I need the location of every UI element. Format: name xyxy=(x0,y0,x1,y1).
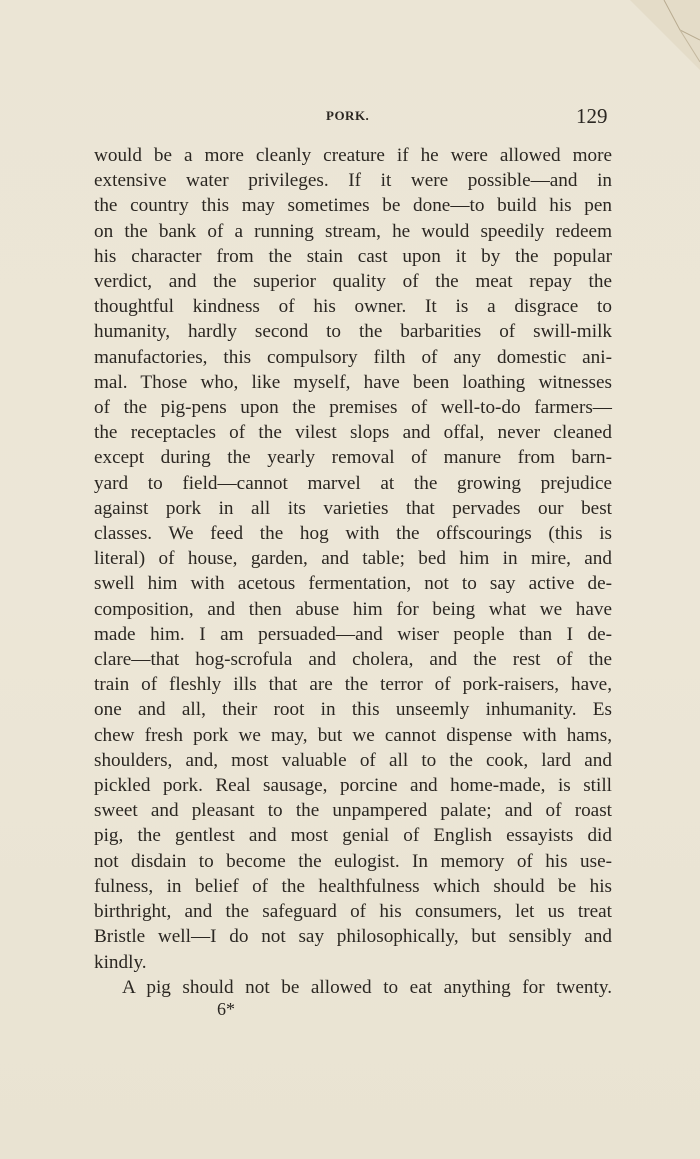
text-line: on the bank of a running stream, he woul… xyxy=(94,219,612,244)
text-line: Bristle well—I do not say philosophicall… xyxy=(94,924,612,949)
paragraph-start-line: A pig should not be allowed to eat anyth… xyxy=(94,975,612,1000)
text-line: pig, the gentlest and most genial of Eng… xyxy=(94,823,612,848)
text-line: one and all, their root in this unseemly… xyxy=(94,697,612,722)
text-line: chew fresh pork we may, but we cannot di… xyxy=(94,723,612,748)
chapter-title: PORK. xyxy=(326,108,369,124)
text-line: shoulders, and, most valuable of all to … xyxy=(94,748,612,773)
text-line: pickled pork. Real sausage, porcine and … xyxy=(94,773,612,798)
book-page: PORK. 129 would be a more cleanly creatu… xyxy=(0,0,700,1159)
text-line: except during the yearly removal of manu… xyxy=(94,445,612,470)
text-line: verdict, and the superior quality of the… xyxy=(94,269,612,294)
paragraph-end-line: kindly. xyxy=(94,950,612,975)
text-line: clare—that hog-scrofula and cholera, and… xyxy=(94,647,612,672)
text-line: made him. I am persuaded—and wiser peopl… xyxy=(94,622,612,647)
text-line: train of fleshly ills that are the terro… xyxy=(94,672,612,697)
text-line: not disdain to become the eulogist. In m… xyxy=(94,849,612,874)
text-line: fulness, in belief of the healthfulness … xyxy=(94,874,612,899)
text-line: birthright, and the safeguard of his con… xyxy=(94,899,612,924)
text-line: against pork in all its varieties that p… xyxy=(94,496,612,521)
text-line: manufactories, this compulsory filth of … xyxy=(94,345,612,370)
text-line: mal. Those who, like myself, have been l… xyxy=(94,370,612,395)
text-line: of the pig-pens upon the premises of wel… xyxy=(94,395,612,420)
text-line: the receptacles of the vilest slops and … xyxy=(94,420,612,445)
text-line: classes. We feed the hog with the offsco… xyxy=(94,521,612,546)
text-line: his character from the stain cast upon i… xyxy=(94,244,612,269)
signature-mark: 6* xyxy=(217,999,235,1020)
text-line: swell him with acetous fermentation, not… xyxy=(94,571,612,596)
text-line: literal) of house, garden, and table; be… xyxy=(94,546,612,571)
text-line: thoughtful kindness of his owner. It is … xyxy=(94,294,612,319)
text-line: extensive water privileges. If it were p… xyxy=(94,168,612,193)
text-line: sweet and pleasant to the unpampered pal… xyxy=(94,798,612,823)
text-line: the country this may sometimes be done—t… xyxy=(94,193,612,218)
text-line: humanity, hardly second to the barbariti… xyxy=(94,319,612,344)
text-line: yard to field—cannot marvel at the growi… xyxy=(94,471,612,496)
running-head: PORK. 129 xyxy=(0,104,700,128)
text-line: would be a more cleanly creature if he w… xyxy=(94,143,612,168)
text-line: composition, and then abuse him for bein… xyxy=(94,597,612,622)
page-number: 129 xyxy=(576,104,608,129)
body-text: would be a more cleanly creature if he w… xyxy=(94,143,612,1000)
folded-corner-decoration xyxy=(630,0,700,70)
